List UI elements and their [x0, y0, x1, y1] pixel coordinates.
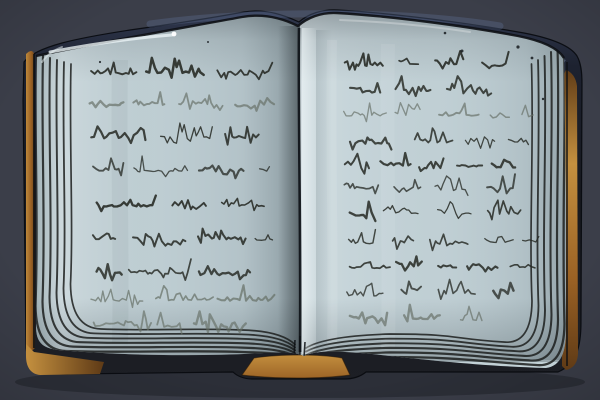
ink-speck [516, 45, 519, 48]
ink-speck [99, 61, 101, 63]
leather-spine-bottom [242, 355, 350, 378]
open-book-sculpture [0, 0, 600, 400]
photo-scene [0, 0, 600, 400]
pages [34, 10, 567, 368]
ink-speck [461, 50, 464, 53]
gutter-shadow [278, 26, 300, 354]
specular-dot [172, 32, 177, 37]
glaze-streak [387, 44, 388, 348]
ink-speck [444, 32, 447, 35]
spine-gutter [278, 26, 332, 360]
ink-speck [542, 98, 544, 100]
gutter-ridge-highlight [302, 28, 317, 354]
ink-speck [531, 57, 534, 60]
page-detail [35, 10, 566, 365]
ink-speck [207, 41, 209, 43]
gutter-gray-band [316, 30, 332, 352]
gutter-line [299, 28, 300, 352]
